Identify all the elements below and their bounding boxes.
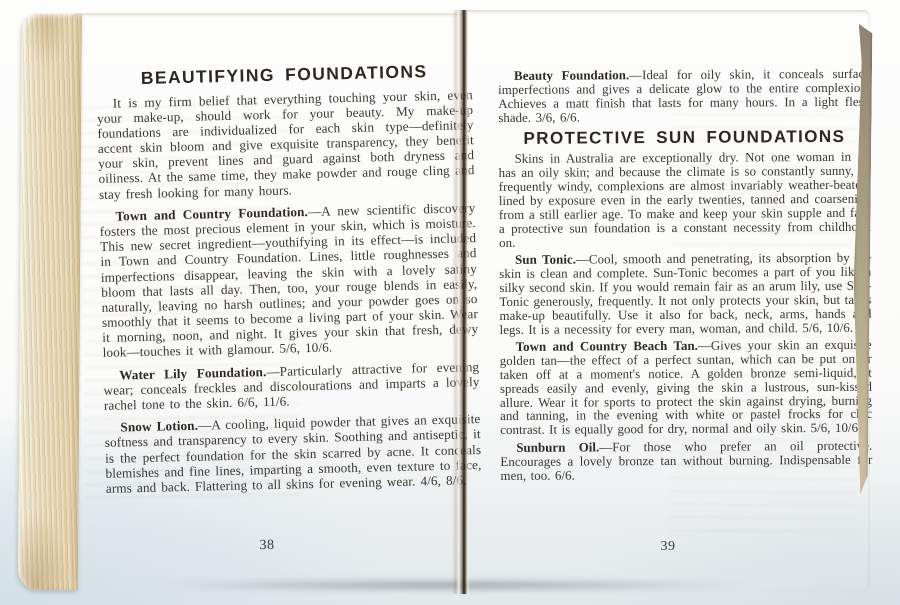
paragraph-text: Skins in Australia are exceptionally dry… bbox=[499, 150, 871, 250]
page-number-right: 39 bbox=[466, 539, 870, 555]
paragraph-beauty-foundation: Beauty Foundation.—Ideal for oily skin, … bbox=[498, 68, 870, 126]
paragraph-intro: It is my firm belief that everything tou… bbox=[97, 87, 475, 201]
left-page-text: BEAUTIFYING FOUNDATIONS It is my firm be… bbox=[96, 60, 482, 503]
paragraph-text: —A new scientific discovery fosters the … bbox=[100, 200, 479, 360]
right-page: Beauty Foundation.—Ideal for oily skin, … bbox=[466, 10, 870, 592]
photo-background: BEAUTIFYING FOUNDATIONS It is my firm be… bbox=[0, 0, 900, 605]
paragraph-text: —Gives your skin an exquisite golden tan… bbox=[500, 338, 872, 438]
page-number-left: 38 bbox=[72, 534, 462, 558]
right-page-heading: PROTECTIVE SUN FOUNDATIONS bbox=[498, 127, 870, 149]
paragraph-sun-tonic: Sun Tonic.—Cool, smooth and penetrating,… bbox=[499, 252, 872, 338]
paragraph-town-country-foundation: Town and Country Foundation.—A new scien… bbox=[99, 200, 478, 360]
paragraph-water-lily-foundation: Water Lily Foundation.—Particularly attr… bbox=[103, 359, 480, 413]
paragraph-lead: Snow Lotion. bbox=[120, 418, 198, 435]
open-booklet: BEAUTIFYING FOUNDATIONS It is my firm be… bbox=[20, 6, 886, 594]
paragraph-lead: Town and Country Beach Tan. bbox=[516, 339, 698, 354]
paragraph-text: It is my firm belief that everything tou… bbox=[97, 87, 475, 201]
paragraph-lead: Sun Tonic. bbox=[515, 252, 576, 266]
paragraph-lead: Beauty Foundation. bbox=[514, 68, 629, 83]
paragraph-snow-lotion: Snow Lotion.—A cooling, liquid powder th… bbox=[104, 411, 482, 495]
right-page-text: Beauty Foundation.—Ideal for oily skin, … bbox=[498, 68, 873, 487]
left-page-heading: BEAUTIFYING FOUNDATIONS bbox=[96, 60, 472, 89]
paragraph-lead: Sunburn Oil. bbox=[516, 440, 599, 455]
left-page: BEAUTIFYING FOUNDATIONS It is my firm be… bbox=[72, 13, 462, 579]
paragraph-sun-intro: Skins in Australia are exceptionally dry… bbox=[499, 151, 872, 251]
paragraph-sunburn-oil: Sunburn Oil.—For those who prefer an oil… bbox=[500, 439, 872, 483]
paragraph-beach-tan: Town and Country Beach Tan.—Gives your s… bbox=[500, 339, 873, 439]
